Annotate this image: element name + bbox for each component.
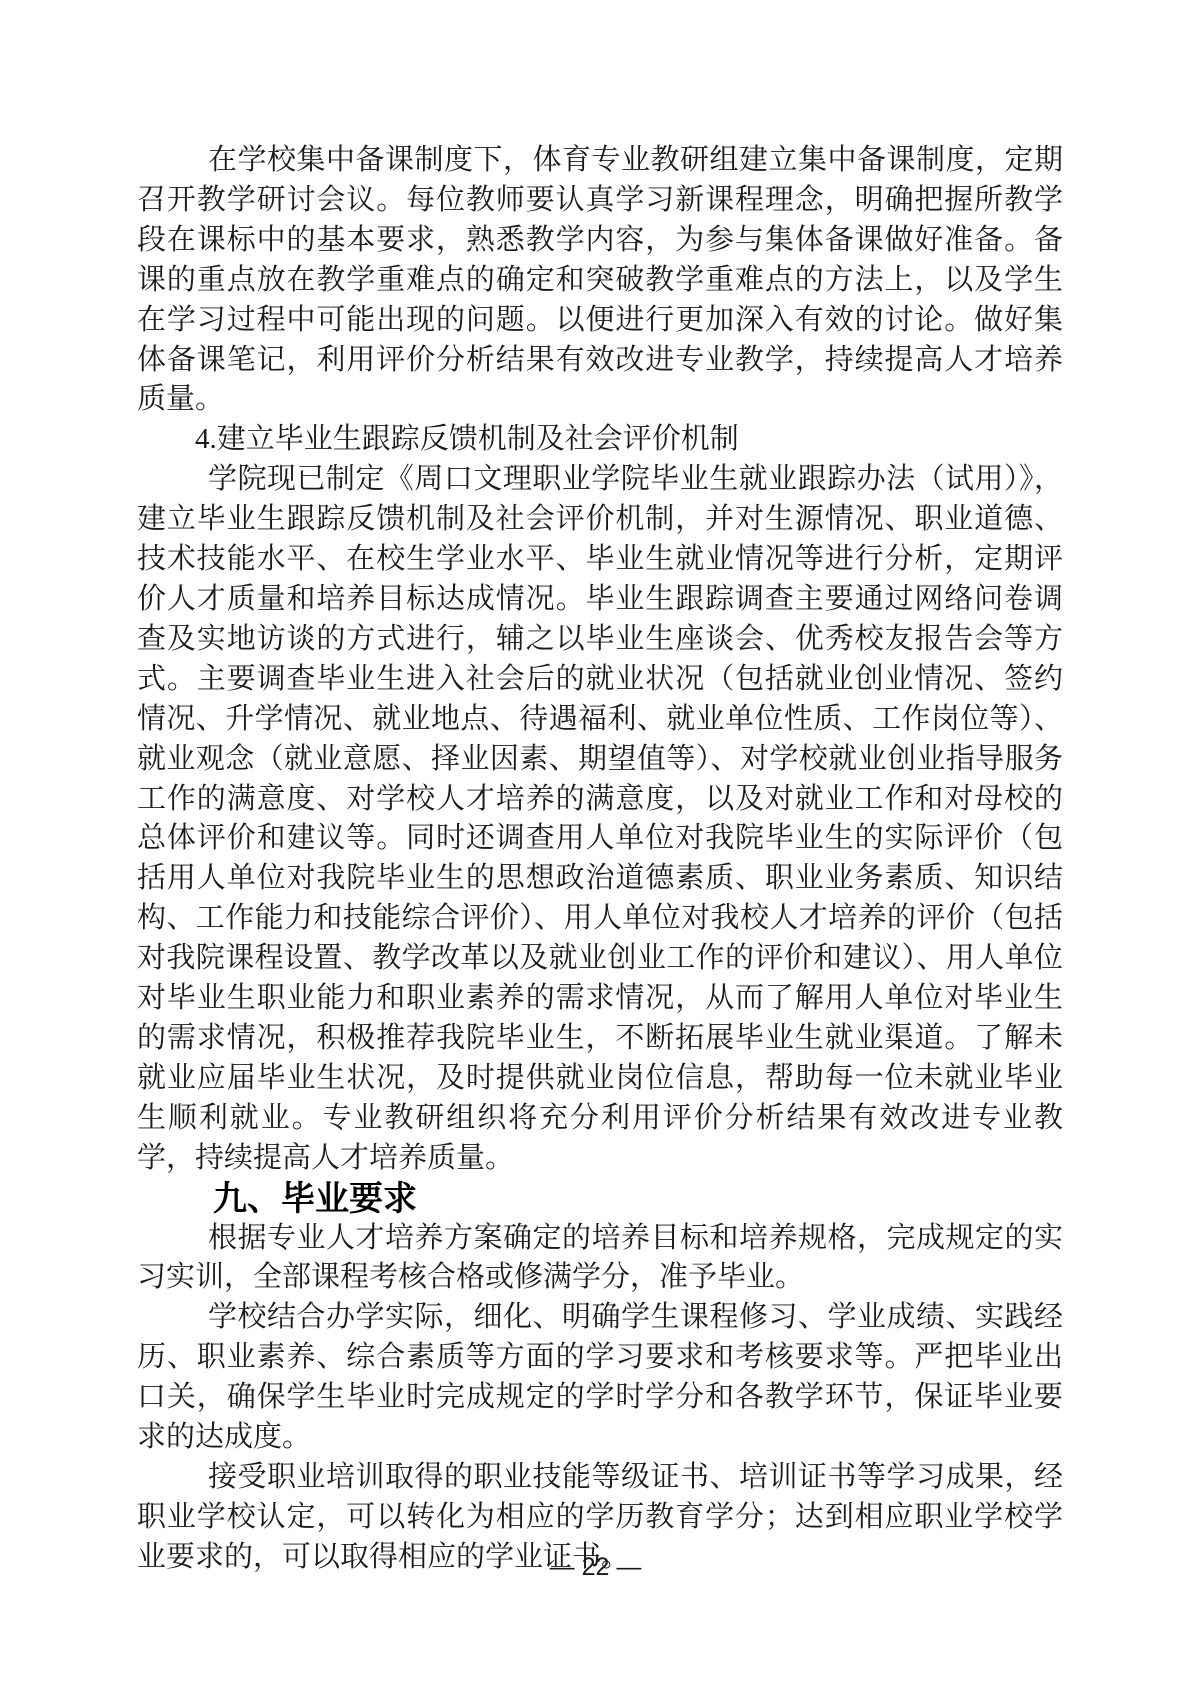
subheading-item-4-graduate-tracking: 4.建立毕业生跟踪反馈机制及社会评价机制 bbox=[137, 420, 1063, 460]
paragraph-graduation-criteria: 根据专业人才培养方案确定的培养目标和培养规格，完成规定的实习实训，全部课程考核合… bbox=[137, 1219, 1063, 1299]
section-heading-graduation-requirements: 九、毕业要求 bbox=[137, 1179, 1063, 1219]
paragraph-school-assessment-requirements: 学校结合办学实际，细化、明确学生课程修习、学业成绩、实践经历、职业素养、综合素质… bbox=[137, 1298, 1063, 1458]
paragraph-graduate-tracking-mechanism: 学院现已制定《周口文理职业学院毕业生就业跟踪办法（试用）》，建立毕业生跟踪反馈机… bbox=[137, 460, 1063, 1178]
page-content: 在学校集中备课制度下，体育专业教研组建立集中备课制度，定期召开教学研讨会议。每位… bbox=[137, 141, 1063, 1578]
paragraph-collective-lesson-prep: 在学校集中备课制度下，体育专业教研组建立集中备课制度，定期召开教学研讨会议。每位… bbox=[137, 141, 1063, 420]
document-page: 在学校集中备课制度下，体育专业教研组建立集中备课制度，定期召开教学研讨会议。每位… bbox=[0, 0, 1191, 1684]
page-number: — 22 — bbox=[0, 1553, 1191, 1582]
